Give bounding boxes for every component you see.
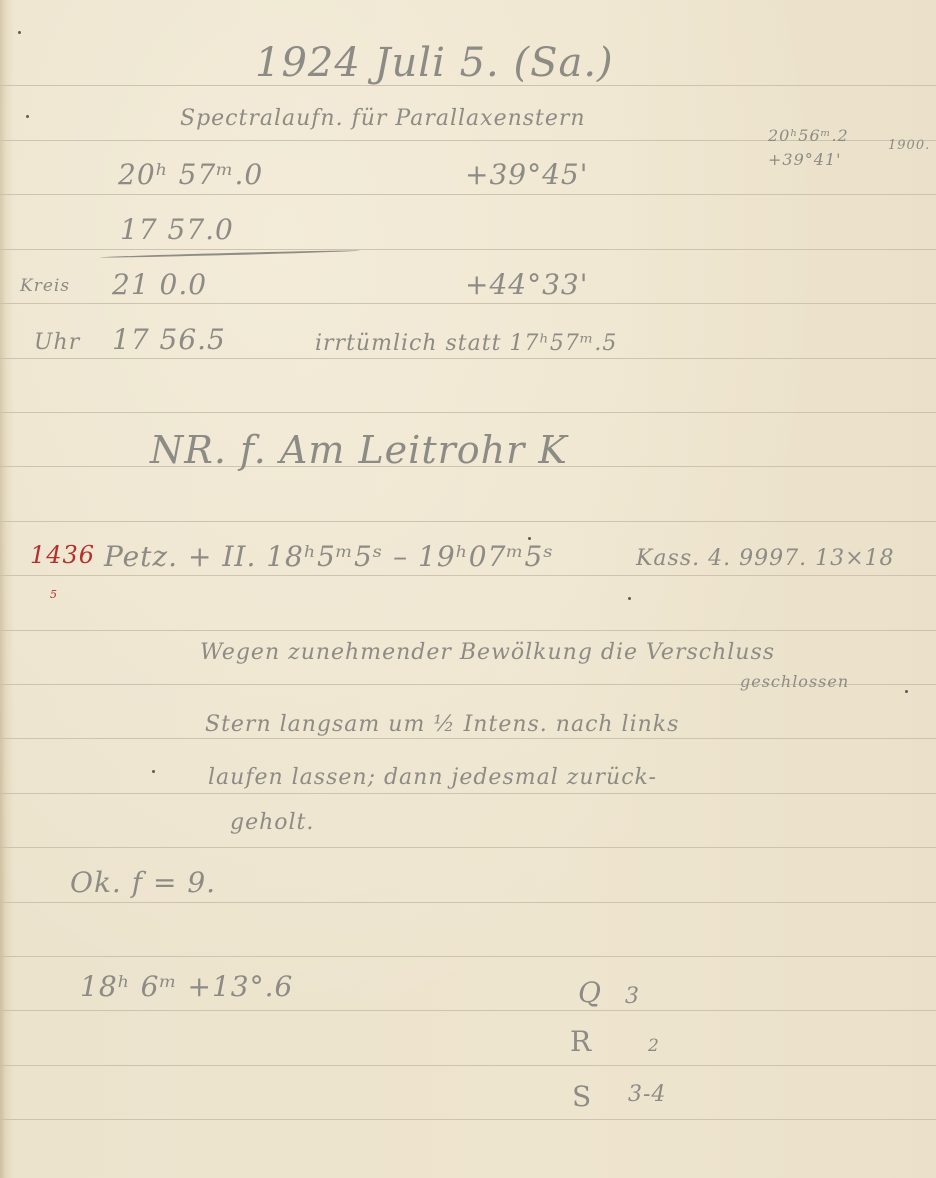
rule-line <box>0 630 936 631</box>
rule-line <box>0 1010 936 1011</box>
sum-line <box>100 250 360 259</box>
rule-line <box>0 1119 936 1120</box>
reading: 18ʰ 6ᵐ +13°.6 <box>80 970 293 1003</box>
coords-dec: +39°41' <box>768 150 842 169</box>
calc-row3-dec: +44°33' <box>465 268 588 301</box>
rule-line <box>0 412 936 413</box>
calc-row3-time: 21 0.0 <box>112 268 207 301</box>
paper-speck <box>628 597 631 600</box>
paper-speck <box>528 537 531 540</box>
rating-r-label: R <box>570 1025 592 1058</box>
note-line-4: geholt. <box>230 810 314 835</box>
rule-line <box>0 194 936 195</box>
rule-line <box>0 358 936 359</box>
rule-line <box>0 847 936 848</box>
rule-line <box>0 1065 936 1066</box>
entry-number: 1436 <box>30 541 95 569</box>
rating-s-value: 3-4 <box>628 1082 666 1107</box>
entry-cassette: Kass. 4. 9997. 13×18 <box>636 546 895 571</box>
paper-speck <box>905 690 908 693</box>
paper-speck <box>18 31 21 34</box>
epoch: 1900. <box>888 138 930 153</box>
rating-s-label: S <box>572 1080 592 1113</box>
calc-row2-time: 17 57.0 <box>120 213 234 246</box>
note-line-1: Wegen zunehmender Bewölkung die Verschlu… <box>200 640 775 665</box>
rule-line <box>0 738 936 739</box>
calc-row1-time: 20ʰ 57ᵐ.0 <box>118 158 263 191</box>
entry-red-mark: 5 <box>50 588 58 601</box>
coords-ra: 20ʰ56ᵐ.2 <box>768 126 849 145</box>
rating-q-label: Q <box>578 976 602 1009</box>
date-heading: 1924 Juli 5. (Sa.) <box>255 40 614 86</box>
rule-line <box>0 902 936 903</box>
rule-line <box>0 249 936 250</box>
rule-line <box>0 303 936 304</box>
subtitle: Spectralaufn. für Parallaxenstern <box>180 106 586 131</box>
calc-row4-note: irrtümlich statt 17ʰ57ᵐ.5 <box>315 331 617 356</box>
calc-row3-label: Kreis <box>20 276 70 296</box>
calc-row4-label: Uhr <box>34 330 80 355</box>
rating-r-value: 2 <box>648 1036 660 1056</box>
note-line-3: laufen lassen; dann jedesmal zurück- <box>208 765 657 790</box>
ok-focus: Ok. f = 9. <box>70 866 216 899</box>
calc-row4-time: 17 56.5 <box>112 323 226 356</box>
paper-speck <box>26 115 29 118</box>
leitrohr-heading: NR. f. Am Leitrohr K <box>150 428 568 472</box>
note-line-1b: geschlossen <box>740 672 849 691</box>
rating-q-value: 3 <box>625 984 640 1009</box>
rule-line <box>0 793 936 794</box>
rule-line <box>0 575 936 576</box>
rule-line <box>0 956 936 957</box>
rule-line <box>0 521 936 522</box>
calc-row1-dec: +39°45' <box>465 158 588 191</box>
note-line-2: Stern langsam um ½ Intens. nach links <box>205 712 679 737</box>
entry-text: Petz. + II. 18ʰ5ᵐ5ˢ – 19ʰ07ᵐ5ˢ <box>104 540 554 573</box>
notebook-page: 1924 Juli 5. (Sa.) Spectralaufn. für Par… <box>0 0 936 1178</box>
paper-speck <box>152 770 155 773</box>
